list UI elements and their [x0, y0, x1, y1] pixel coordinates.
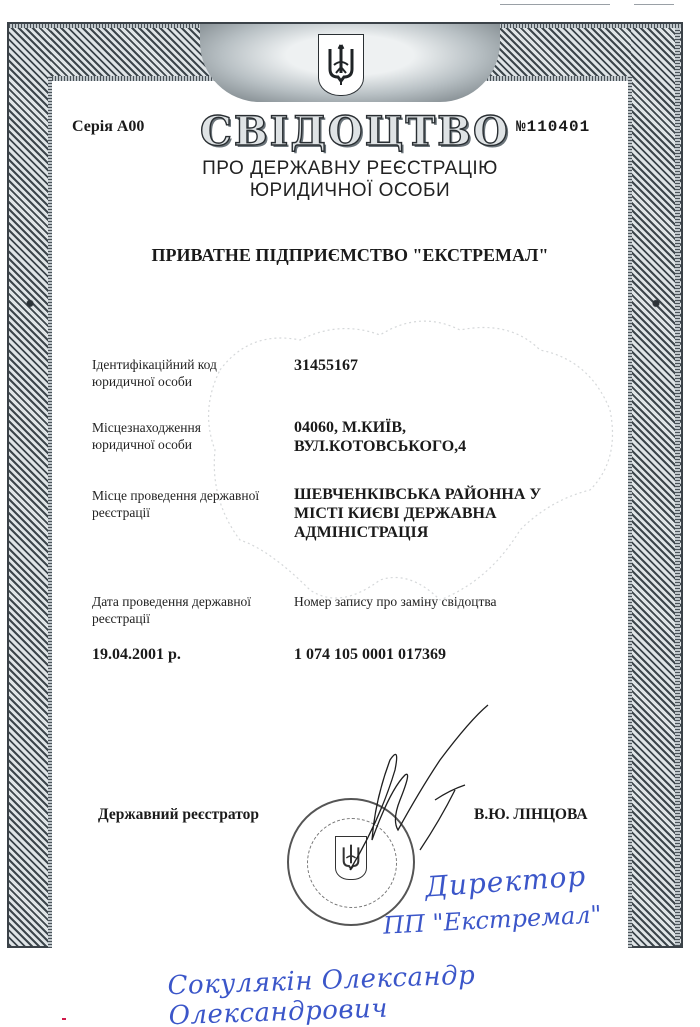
- record-number-value: 1 074 105 0001 017369: [294, 645, 446, 664]
- scan-artifact: [62, 1018, 66, 1020]
- ornament-left: [9, 28, 51, 946]
- document-title: СВІДОЦТВО: [200, 108, 470, 155]
- registration-place-label: Місце проведення державної реєстрації: [92, 487, 259, 521]
- ornament-right: [631, 28, 681, 946]
- trident-coat-of-arms-icon: [318, 34, 364, 96]
- official-seal-icon: [287, 798, 415, 926]
- scan-artifact: [634, 4, 674, 5]
- id-code-value: 31455167: [294, 356, 358, 375]
- id-code-label: Ідентифікаційний код юридичної особи: [92, 356, 217, 390]
- scan-artifact: [500, 4, 610, 5]
- company-name: ПРИВАТНЕ ПІДПРИЄМСТВО "ЕКСТРЕМАЛ": [60, 245, 640, 266]
- location-value: 04060, М.КИЇВ, ВУЛ.КОТОВСЬКОГО,4: [294, 418, 466, 456]
- registration-place-value: ШЕВЧЕНКІВСЬКА РАЙОННА У МІСТІ КИЄВІ ДЕРЖ…: [294, 485, 541, 542]
- registrar-label: Державний реєстратор: [98, 806, 259, 824]
- registration-date-value: 19.04.2001 р.: [92, 645, 181, 664]
- certificate-number: №110401: [516, 118, 590, 136]
- handwritten-name: Сокулякін Олександр Олександрович: [167, 953, 700, 1027]
- border-rail: [48, 76, 52, 948]
- ukraine-map-watermark: [190, 300, 630, 630]
- document-subtitle: ПРО ДЕРЖАВНУ РЕЄСТРАЦІЮ: [150, 158, 550, 180]
- registrar-name: В.Ю. ЛІНЦОВА: [474, 806, 588, 824]
- series-label: Серія А00: [72, 118, 144, 136]
- registration-date-label: Дата проведення державної реєстрації: [92, 593, 251, 627]
- location-label: Місцезнаходження юридичної особи: [92, 419, 201, 453]
- document-subtitle: ЮРИДИЧНОЇ ОСОБИ: [150, 180, 550, 202]
- border-rail: [675, 28, 680, 946]
- record-number-label: Номер запису про заміну свідоцтва: [294, 593, 497, 610]
